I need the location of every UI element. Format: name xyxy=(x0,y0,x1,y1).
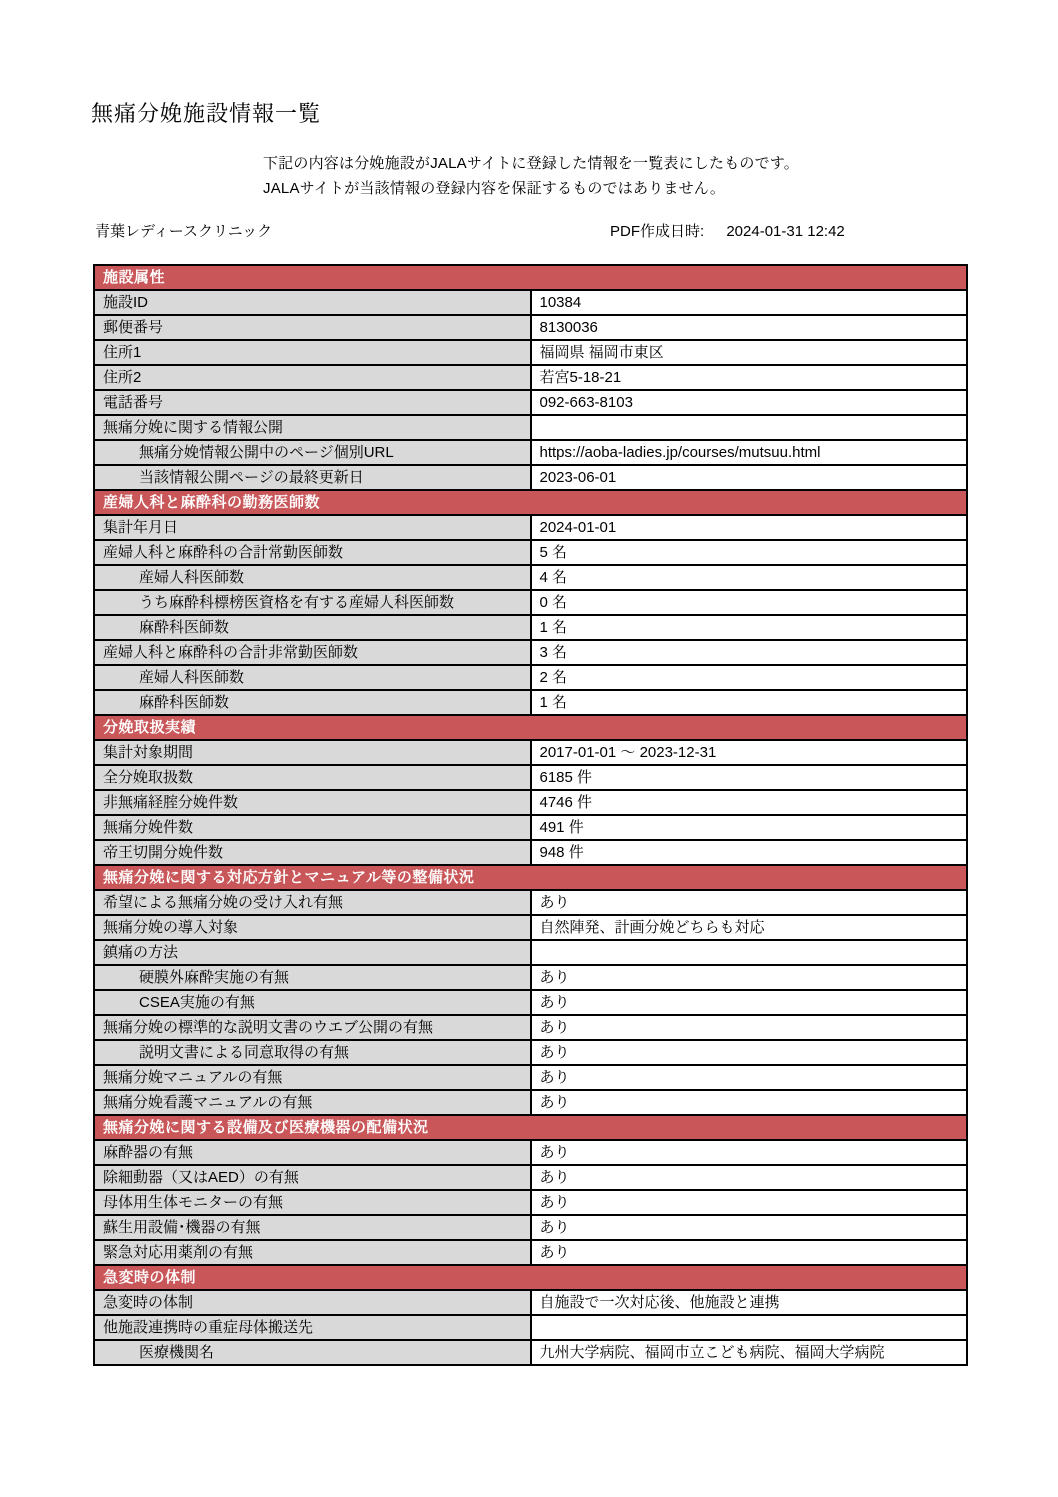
section-header-row: 急変時の体制 xyxy=(94,1265,967,1290)
row-label: 硬膜外麻酔実施の有無 xyxy=(94,965,531,990)
table-row: 非無痛経腟分娩件数4746 件 xyxy=(94,790,967,815)
row-label: 他施設連携時の重症母体搬送先 xyxy=(94,1315,531,1340)
row-label: 無痛分娩情報公開中のページ個別URL xyxy=(94,440,531,465)
row-label: 緊急対応用薬剤の有無 xyxy=(94,1240,531,1265)
row-value: あり xyxy=(531,990,968,1015)
row-label: 除細動器（又はAED）の有無 xyxy=(94,1165,531,1190)
row-value: あり xyxy=(531,1240,968,1265)
row-value: 948 件 xyxy=(531,840,968,865)
row-value: あり xyxy=(531,1165,968,1190)
row-value: 8130036 xyxy=(531,315,968,340)
row-label: 無痛分娩件数 xyxy=(94,815,531,840)
section-title: 無痛分娩に関する対応方針とマニュアル等の整備状況 xyxy=(94,865,967,890)
row-value: 4 名 xyxy=(531,565,968,590)
table-row: 無痛分娩情報公開中のページ個別URLhttps://aoba-ladies.jp… xyxy=(94,440,967,465)
row-value: 2023-06-01 xyxy=(531,465,968,490)
row-label: 産婦人科医師数 xyxy=(94,665,531,690)
table-row: 他施設連携時の重症母体搬送先 xyxy=(94,1315,967,1340)
row-label: 帝王切開分娩件数 xyxy=(94,840,531,865)
table-row: 除細動器（又はAED）の有無あり xyxy=(94,1165,967,1190)
table-row: 無痛分娩件数491 件 xyxy=(94,815,967,840)
table-row: 全分娩取扱数6185 件 xyxy=(94,765,967,790)
row-label: 母体用生体モニターの有無 xyxy=(94,1190,531,1215)
section-title: 急変時の体制 xyxy=(94,1265,967,1290)
row-value: あり xyxy=(531,1015,968,1040)
table-row: 蘇生用設備･機器の有無あり xyxy=(94,1215,967,1240)
table-row: 集計年月日2024-01-01 xyxy=(94,515,967,540)
row-label: 無痛分娩の導入対象 xyxy=(94,915,531,940)
table-row: 住所2若宮5-18-21 xyxy=(94,365,967,390)
row-value: 4746 件 xyxy=(531,790,968,815)
row-label: 集計年月日 xyxy=(94,515,531,540)
row-value: あり xyxy=(531,1065,968,1090)
table-row: 産婦人科と麻酔科の合計非常勤医師数3 名 xyxy=(94,640,967,665)
pdf-page: { "page": { "title": "無痛分娩施設情報一覧", "intr… xyxy=(0,0,1058,1497)
table-row: 緊急対応用薬剤の有無あり xyxy=(94,1240,967,1265)
row-value: あり xyxy=(531,1140,968,1165)
intro-text: 下記の内容は分娩施設がJALAサイトに登録した情報を一覧表にしたものです。 JA… xyxy=(263,151,799,201)
pdf-created-meta: PDF作成日時: 2024-01-31 12:42 xyxy=(610,220,845,241)
row-label: 説明文書による同意取得の有無 xyxy=(94,1040,531,1065)
section-header-row: 産婦人科と麻酔科の勤務医師数 xyxy=(94,490,967,515)
row-label: 無痛分娩看護マニュアルの有無 xyxy=(94,1090,531,1115)
row-value: 1 名 xyxy=(531,690,968,715)
table-row: 施設ID10384 xyxy=(94,290,967,315)
table-row: 無痛分娩の標準的な説明文書のウエブ公開の有無あり xyxy=(94,1015,967,1040)
table-row: 産婦人科医師数2 名 xyxy=(94,665,967,690)
row-label: 集計対象期間 xyxy=(94,740,531,765)
row-label: 住所1 xyxy=(94,340,531,365)
row-value: あり xyxy=(531,1040,968,1065)
row-label: 全分娩取扱数 xyxy=(94,765,531,790)
intro-line-2: JALAサイトが当該情報の登録内容を保証するものではありません。 xyxy=(263,176,799,201)
facility-table-body: 施設属性施設ID10384郵便番号8130036住所1福岡県 福岡市東区住所2若… xyxy=(94,265,967,1365)
table-row: 無痛分娩に関する情報公開 xyxy=(94,415,967,440)
row-value xyxy=(531,415,968,440)
table-row: 希望による無痛分娩の受け入れ有無あり xyxy=(94,890,967,915)
row-value: 10384 xyxy=(531,290,968,315)
row-value: あり xyxy=(531,965,968,990)
table-row: 住所1福岡県 福岡市東区 xyxy=(94,340,967,365)
table-row: 麻酔科医師数1 名 xyxy=(94,690,967,715)
table-row: 電話番号092-663-8103 xyxy=(94,390,967,415)
row-label: 当該情報公開ページの最終更新日 xyxy=(94,465,531,490)
table-row: 産婦人科と麻酔科の合計常勤医師数5 名 xyxy=(94,540,967,565)
section-title: 産婦人科と麻酔科の勤務医師数 xyxy=(94,490,967,515)
table-row: 説明文書による同意取得の有無あり xyxy=(94,1040,967,1065)
row-label: 電話番号 xyxy=(94,390,531,415)
section-header-row: 無痛分娩に関する設備及び医療機器の配備状況 xyxy=(94,1115,967,1140)
section-header-row: 施設属性 xyxy=(94,265,967,290)
row-label: 産婦人科医師数 xyxy=(94,565,531,590)
table-row: 無痛分娩の導入対象自然陣発、計画分娩どちらも対応 xyxy=(94,915,967,940)
table-row: 硬膜外麻酔実施の有無あり xyxy=(94,965,967,990)
row-value: 若宮5-18-21 xyxy=(531,365,968,390)
row-label: 麻酔器の有無 xyxy=(94,1140,531,1165)
row-value: あり xyxy=(531,1190,968,1215)
row-label: 鎮痛の方法 xyxy=(94,940,531,965)
pdf-created-datetime: 2024-01-31 12:42 xyxy=(726,223,844,240)
row-value: 福岡県 福岡市東区 xyxy=(531,340,968,365)
row-label: うち麻酔科標榜医資格を有する産婦人科医師数 xyxy=(94,590,531,615)
table-row: CSEA実施の有無あり xyxy=(94,990,967,1015)
row-label: 蘇生用設備･機器の有無 xyxy=(94,1215,531,1240)
table-row: 郵便番号8130036 xyxy=(94,315,967,340)
row-label: 無痛分娩の標準的な説明文書のウエブ公開の有無 xyxy=(94,1015,531,1040)
row-value: 1 名 xyxy=(531,615,968,640)
row-value: あり xyxy=(531,1215,968,1240)
section-header-row: 分娩取扱実績 xyxy=(94,715,967,740)
row-label: 麻酔科医師数 xyxy=(94,690,531,715)
row-value: 2 名 xyxy=(531,665,968,690)
row-value xyxy=(531,1315,968,1340)
row-value: 2024-01-01 xyxy=(531,515,968,540)
row-value: あり xyxy=(531,1090,968,1115)
section-title: 無痛分娩に関する設備及び医療機器の配備状況 xyxy=(94,1115,967,1140)
table-row: 無痛分娩マニュアルの有無あり xyxy=(94,1065,967,1090)
page-title: 無痛分娩施設情報一覧 xyxy=(91,97,321,128)
table-row: 鎮痛の方法 xyxy=(94,940,967,965)
row-value: 九州大学病院、福岡市立こども病院、福岡大学病院 xyxy=(531,1340,968,1365)
table-row: 麻酔科医師数1 名 xyxy=(94,615,967,640)
table-row: 麻酔器の有無あり xyxy=(94,1140,967,1165)
row-label: 医療機関名 xyxy=(94,1340,531,1365)
row-value: 092-663-8103 xyxy=(531,390,968,415)
table-row: 母体用生体モニターの有無あり xyxy=(94,1190,967,1215)
table-row: 急変時の体制自施設で一次対応後、他施設と連携 xyxy=(94,1290,967,1315)
row-value: 6185 件 xyxy=(531,765,968,790)
table-row: うち麻酔科標榜医資格を有する産婦人科医師数0 名 xyxy=(94,590,967,615)
row-value: 自然陣発、計画分娩どちらも対応 xyxy=(531,915,968,940)
table-row: 産婦人科医師数4 名 xyxy=(94,565,967,590)
row-label: 住所2 xyxy=(94,365,531,390)
table-row: 当該情報公開ページの最終更新日2023-06-01 xyxy=(94,465,967,490)
intro-line-1: 下記の内容は分娩施設がJALAサイトに登録した情報を一覧表にしたものです。 xyxy=(263,151,799,176)
row-value: 2017-01-01 ～ 2023-12-31 xyxy=(531,740,968,765)
table-row: 医療機関名九州大学病院、福岡市立こども病院、福岡大学病院 xyxy=(94,1340,967,1365)
row-value: あり xyxy=(531,890,968,915)
section-header-row: 無痛分娩に関する対応方針とマニュアル等の整備状況 xyxy=(94,865,967,890)
row-label: 急変時の体制 xyxy=(94,1290,531,1315)
row-value: 5 名 xyxy=(531,540,968,565)
row-label: 無痛分娩に関する情報公開 xyxy=(94,415,531,440)
row-label: 無痛分娩マニュアルの有無 xyxy=(94,1065,531,1090)
table-row: 無痛分娩看護マニュアルの有無あり xyxy=(94,1090,967,1115)
row-label: 麻酔科医師数 xyxy=(94,615,531,640)
row-value: 491 件 xyxy=(531,815,968,840)
row-label: 施設ID xyxy=(94,290,531,315)
row-label: 希望による無痛分娩の受け入れ有無 xyxy=(94,890,531,915)
row-label: 郵便番号 xyxy=(94,315,531,340)
row-label: 非無痛経腟分娩件数 xyxy=(94,790,531,815)
row-label: 産婦人科と麻酔科の合計非常勤医師数 xyxy=(94,640,531,665)
row-value: 3 名 xyxy=(531,640,968,665)
row-value: https://aoba-ladies.jp/courses/mutsuu.ht… xyxy=(531,440,968,465)
row-value: 0 名 xyxy=(531,590,968,615)
section-title: 施設属性 xyxy=(94,265,967,290)
clinic-name: 青葉レディースクリニック xyxy=(95,220,272,241)
row-label: 産婦人科と麻酔科の合計常勤医師数 xyxy=(94,540,531,565)
pdf-created-label: PDF作成日時: xyxy=(610,223,704,240)
row-value: 自施設で一次対応後、他施設と連携 xyxy=(531,1290,968,1315)
row-label: CSEA実施の有無 xyxy=(94,990,531,1015)
table-row: 帝王切開分娩件数948 件 xyxy=(94,840,967,865)
row-value xyxy=(531,940,968,965)
table-row: 集計対象期間2017-01-01 ～ 2023-12-31 xyxy=(94,740,967,765)
section-title: 分娩取扱実績 xyxy=(94,715,967,740)
facility-info-table: 施設属性施設ID10384郵便番号8130036住所1福岡県 福岡市東区住所2若… xyxy=(93,264,968,1366)
